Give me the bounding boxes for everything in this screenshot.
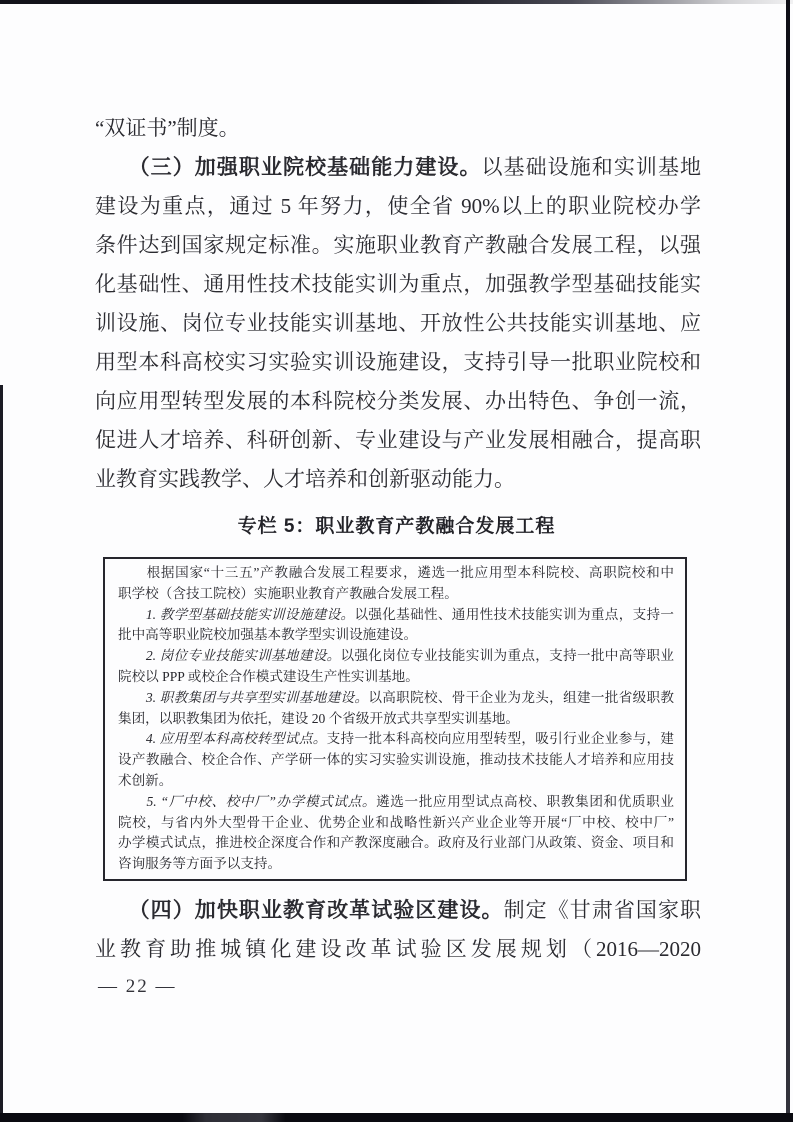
text-line: “双证书”制度。 bbox=[95, 109, 701, 148]
text-line: 批中高等职业院校加强基本教学型实训设施建设。 bbox=[118, 625, 674, 646]
text-line: 向应用型转型发展的本科院校分类发展、办出特色、争创一流， bbox=[95, 382, 701, 421]
text-line: 术创新。 bbox=[118, 771, 674, 792]
text-line: 条件达到国家规定标准。实施职业教育产教融合发展工程，以强 bbox=[95, 226, 701, 265]
text-line: 院校，与省内外大型骨干企业、优势企业和战略性新兴产业企业等开展“厂中校、校中厂” bbox=[118, 813, 674, 834]
text-line: 训设施、岗位专业技能实训基地、开放性公共技能实训基地、应 bbox=[95, 304, 701, 343]
text-line: 3. 职教集团与共享型实训基地建设。以高职院校、骨干企业为龙头，组建一批省级职教 bbox=[118, 688, 674, 709]
text-line: 促进人才培养、科研创新、专业建设与产业发展相融合，提高职 bbox=[95, 421, 701, 460]
text-line: 1. 教学型基础技能实训设施建设。以强化基础性、通用性技术技能实训为重点，支持一 bbox=[118, 605, 674, 626]
text-line: 4. 应用型本科高校转型试点。支持一批本科高校向应用型转型，吸引行业企业参与，建 bbox=[118, 729, 674, 750]
text-line: 5. “厂中校、校中厂”办学模式试点。遴选一批应用型试点高校、职教集团和优质职业 bbox=[118, 792, 674, 813]
text-line: 咨询服务等方面予以支持。 bbox=[118, 854, 674, 875]
text-line: 化基础性、通用性技术技能实训为重点，加强教学型基础技能实 bbox=[95, 265, 701, 304]
callout-box: 根据国家“十三五”产教融合发展工程要求，遴选一批应用型本科院校、高职院校和中职学… bbox=[103, 557, 687, 881]
text-line: （三）加强职业院校基础能力建设。以基础设施和实训基地 bbox=[95, 148, 701, 187]
text-line: 集团，以职教集团为依托，建设 20 个省级开放式共享型实训基地。 bbox=[118, 709, 674, 730]
body-paragraphs: “双证书”制度。 （三）加强职业院校基础能力建设。以基础设施和实训基地建设为重点… bbox=[95, 109, 701, 499]
scan-edge-bottom bbox=[0, 1113, 793, 1122]
callout-title: 专栏 5：职业教育产教融合发展工程 bbox=[0, 511, 793, 538]
text-line: 2. 岗位专业技能实训基地建设。以强化岗位专业技能实训为重点，支持一批中高等职业 bbox=[118, 646, 674, 667]
scan-edge-left bbox=[0, 385, 3, 1122]
text-line: 用型本科高校实习实验实训设施建设，支持引导一批职业院校和 bbox=[95, 343, 701, 382]
document-page: “双证书”制度。 （三）加强职业院校基础能力建设。以基础设施和实训基地建设为重点… bbox=[0, 0, 793, 1122]
scan-edge-right bbox=[786, 0, 790, 1122]
scan-edge-top bbox=[0, 0, 793, 4]
text-line: 职学校（含技工院校）实施职业教育产教融合发展工程。 bbox=[118, 584, 674, 605]
text-line: 院校以 PPP 或校企合作模式建设生产性实训基地。 bbox=[118, 667, 674, 688]
page-number: — 22 — bbox=[98, 976, 177, 998]
text-line: 建设为重点，通过 5 年努力，使全省 90%以上的职业院校办学 bbox=[95, 187, 701, 226]
text-line: （四）加快职业教育改革试验区建设。制定《甘肃省国家职 bbox=[95, 891, 701, 930]
text-line: 办学模式试点，推进校企深度合作和产教深度融合。政府及行业部门从政策、资金、项目和 bbox=[118, 833, 674, 854]
text-line: 业教育实践教学、人才培养和创新驱动能力。 bbox=[95, 460, 701, 499]
section-4-paragraph: （四）加快职业教育改革试验区建设。制定《甘肃省国家职业教育助推城镇化建设改革试验… bbox=[95, 891, 701, 969]
text-line: 业教育助推城镇化建设改革试验区发展规划（2016—2020 bbox=[95, 930, 701, 969]
text-line: 设产教融合、校企合作、产学研一体的实习实验实训设施，推动技术技能人才培养和应用技 bbox=[118, 750, 674, 771]
text-line: 根据国家“十三五”产教融合发展工程要求，遴选一批应用型本科院校、高职院校和中 bbox=[118, 563, 674, 584]
